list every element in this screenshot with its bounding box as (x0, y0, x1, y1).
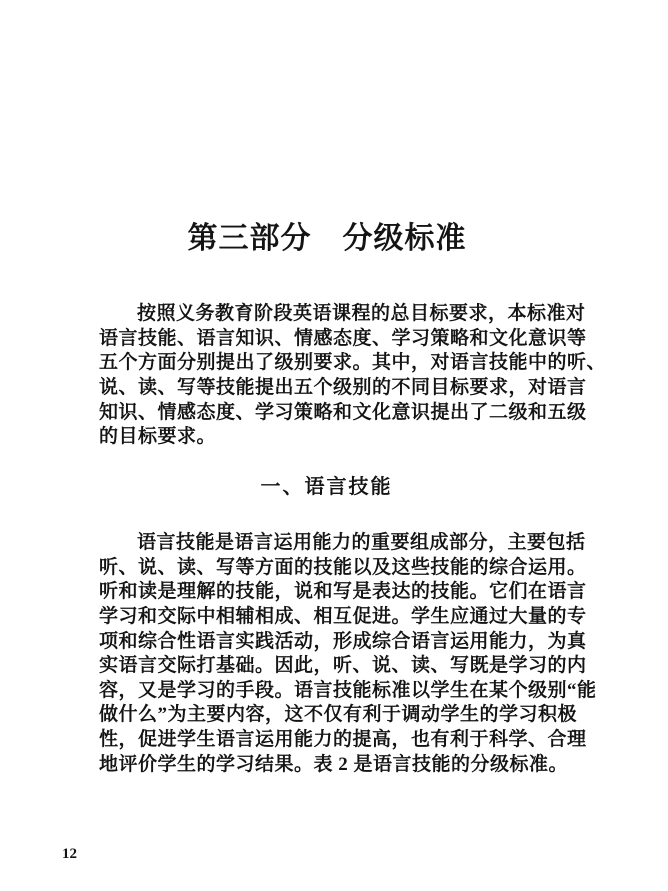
text-line: 语言技能、语言知识、情感态度、学习策略和文化意识等 (99, 327, 566, 352)
text-line: 做什么”为主要内容，这不仅有利于调动学生的学习积极 (99, 703, 566, 728)
text-line: 五个方面分别提出了级别要求。其中，对语言技能中的听、 (99, 351, 566, 376)
text-line: 按照义务教育阶段英语课程的总目标要求，本标准对 (99, 302, 566, 327)
text-line: 项和综合性语言实践活动，形成综合语言运用能力，为真 (99, 630, 566, 655)
paragraph-language-skills: 语言技能是语言运用能力的重要组成部分，主要包括 听、说、读、写等方面的技能以及这… (99, 531, 566, 777)
page-number: 12 (62, 845, 77, 863)
text-line: 性，促进学生语言运用能力的提高，也有利于科学、合理 (99, 728, 566, 753)
text-line: 听、说、读、写等方面的技能以及这些技能的综合运用。 (99, 556, 566, 581)
page-title: 第三部分 分级标准 (0, 220, 654, 258)
section-heading-language-skills: 一、语言技能 (99, 474, 554, 501)
text-line: 说、读、写等技能提出五个级别的不同目标要求，对语言 (99, 376, 566, 401)
text-line: 知识、情感态度、学习策略和文化意识提出了二级和五级 (99, 401, 566, 426)
paragraph-intro: 按照义务教育阶段英语课程的总目标要求，本标准对 语言技能、语言知识、情感态度、学… (99, 302, 566, 450)
text-line: 地评价学生的学习结果。表 2 是语言技能的分级标准。 (99, 753, 566, 778)
text-line: 实语言交际打基础。因此，听、说、读、写既是学习的内 (99, 654, 566, 679)
text-line: 学习和交际中相辅相成、相互促进。学生应通过大量的专 (99, 605, 566, 630)
document-page: 第三部分 分级标准 按照义务教育阶段英语课程的总目标要求，本标准对 语言技能、语… (0, 0, 668, 891)
text-line: 语言技能是语言运用能力的重要组成部分，主要包括 (99, 531, 566, 556)
text-line: 容，又是学习的手段。语言技能标准以学生在某个级别“能 (99, 679, 566, 704)
text-line: 听和读是理解的技能，说和写是表达的技能。它们在语言 (99, 580, 566, 605)
text-line: 的目标要求。 (99, 425, 566, 450)
